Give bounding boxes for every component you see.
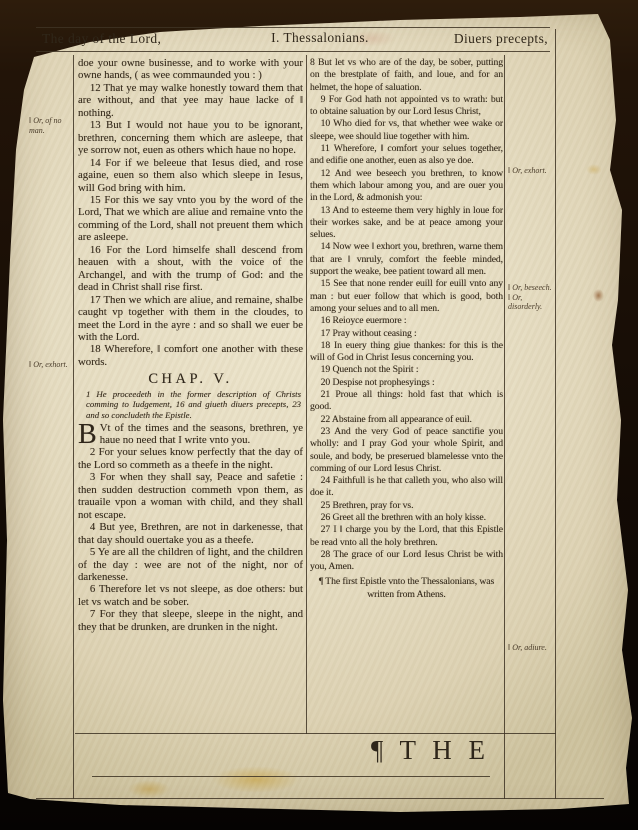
- right-column-rule: [504, 55, 505, 799]
- verse-5-15: 15 See that none render euill for euill …: [310, 278, 503, 315]
- left-column-rule: [73, 55, 74, 799]
- photo-backdrop: The day of the Lord, I. Thessalonians. D…: [0, 0, 638, 830]
- verse-5-13: 13 And to esteeme them very highly in lo…: [310, 205, 503, 242]
- margin-note-group: ‖ Or, beseech. ‖ Or, disorderly.: [508, 283, 554, 312]
- outer-right-rule: [555, 29, 556, 799]
- verse-5-7: 7 For they that sleepe, sleepe in the ni…: [78, 608, 303, 633]
- verse-5-14: 14 Now wee ‖ exhort you, brethren, warne…: [310, 241, 503, 278]
- running-head-center: I. Thessalonians.: [225, 30, 415, 46]
- chapter-heading: CHAP. V.: [78, 373, 303, 385]
- verse-4-13: 13 But I would not haue you to be ignora…: [78, 119, 303, 156]
- verse-5-11: 11 Wherefore, ‖ comfort your selues toge…: [310, 143, 503, 168]
- verse-continuation: doe your owne businesse, and to worke wi…: [78, 57, 303, 82]
- verse-4-12: 12 That ye may walke honestly toward the…: [78, 82, 303, 119]
- verse-4-14: 14 For if we beleeue that Iesus died, an…: [78, 157, 303, 194]
- center-column-rule: [306, 55, 307, 734]
- verse-4-15: 15 For this we say vnto you by the word …: [78, 194, 303, 244]
- header-bottom-rule: [36, 51, 550, 52]
- verse-5-27: 27 I ‖ charge you by the Lord, that this…: [310, 524, 503, 549]
- verse-5-18: 18 In euery thing giue thankes: for this…: [310, 340, 503, 365]
- verse-5-22: 22 Abstaine from all appearance of euil.: [310, 414, 503, 426]
- header-top-rule: [36, 27, 550, 28]
- catchword-rule: [92, 776, 490, 777]
- margin-note: ‖ Or, disorderly.: [508, 293, 554, 312]
- verse-5-17: 17 Pray without ceasing :: [310, 328, 503, 340]
- margin-note: ‖ Or, exhort.: [508, 166, 554, 176]
- verse-5-28: 28 The grace of our Lord Iesus Christ be…: [310, 549, 503, 574]
- margin-note: ‖ Or, beseech.: [508, 283, 554, 293]
- chapter-argument: 1 He proceedeth in the former descriptio…: [78, 389, 303, 422]
- verse-5-12: 12 And wee beseech you brethren, to know…: [310, 168, 503, 205]
- verse-4-17: 17 Then we which are aliue, and remaine,…: [78, 294, 303, 344]
- running-head-left: The day of the Lord,: [42, 31, 161, 47]
- verse-5-1: BVt of the times and the seasons, brethr…: [78, 422, 303, 447]
- text-column-left: doe your owne businesse, and to worke wi…: [78, 57, 303, 633]
- verse-5-23: 23 And the very God of peace sanctifie y…: [310, 426, 503, 475]
- verse-5-19: 19 Quench not the Spirit :: [310, 364, 503, 376]
- verse-5-6: 6 Therefore let vs not sleepe, as doe ot…: [78, 583, 303, 608]
- running-head-right: Diuers precepts,: [400, 31, 548, 47]
- verse-5-16: 16 Reioyce euermore :: [310, 315, 503, 327]
- verse-5-5: 5 Ye are all the children of light, and …: [78, 546, 303, 583]
- catchword: ¶ T H E: [368, 735, 490, 766]
- verse-5-21: 21 Proue all things: hold fast that whic…: [310, 389, 503, 414]
- verse-5-10: 10 Who died for vs, that whether wee wak…: [310, 118, 503, 143]
- page-bottom-rule: [36, 798, 604, 799]
- margin-note: ‖ Or, adiure.: [508, 643, 554, 653]
- verse-4-18: 18 Wherefore, ‖ comfort one another with…: [78, 343, 303, 368]
- verse-5-3: 3 For when they shall say, Peace and saf…: [78, 471, 303, 521]
- verse-5-25: 25 Brethren, pray for vs.: [310, 500, 503, 512]
- verse-5-24: 24 Faithfull is he that calleth you, who…: [310, 475, 503, 500]
- verse-5-26: 26 Greet all the brethren with an holy k…: [310, 512, 503, 524]
- verse-5-4: 4 But yee, Brethren, are not in darkenes…: [78, 521, 303, 546]
- verse-4-16: 16 For the Lord himselfe shall descend f…: [78, 244, 303, 294]
- printed-page: The day of the Lord, I. Thessalonians. D…: [0, 0, 638, 830]
- drop-cap: B: [78, 422, 100, 446]
- verse-5-2: 2 For your selues know perfectly that th…: [78, 446, 303, 471]
- verse-5-1-text: Vt of the times and the seasons, brethre…: [100, 422, 303, 446]
- margin-note: ‖ Or, exhort.: [29, 360, 72, 370]
- margin-note: ‖ Or, of no man.: [29, 116, 72, 135]
- verse-5-20: 20 Despise not prophesyings :: [310, 377, 503, 389]
- epistle-colophon: ¶ The first Epistle vnto the Thessalonia…: [310, 576, 503, 601]
- text-column-right: 8 But let vs who are of the day, be sobe…: [310, 57, 503, 601]
- verse-5-8: 8 But let vs who are of the day, be sobe…: [310, 57, 503, 94]
- verse-5-9: 9 For God hath not appointed vs to wrath…: [310, 94, 503, 119]
